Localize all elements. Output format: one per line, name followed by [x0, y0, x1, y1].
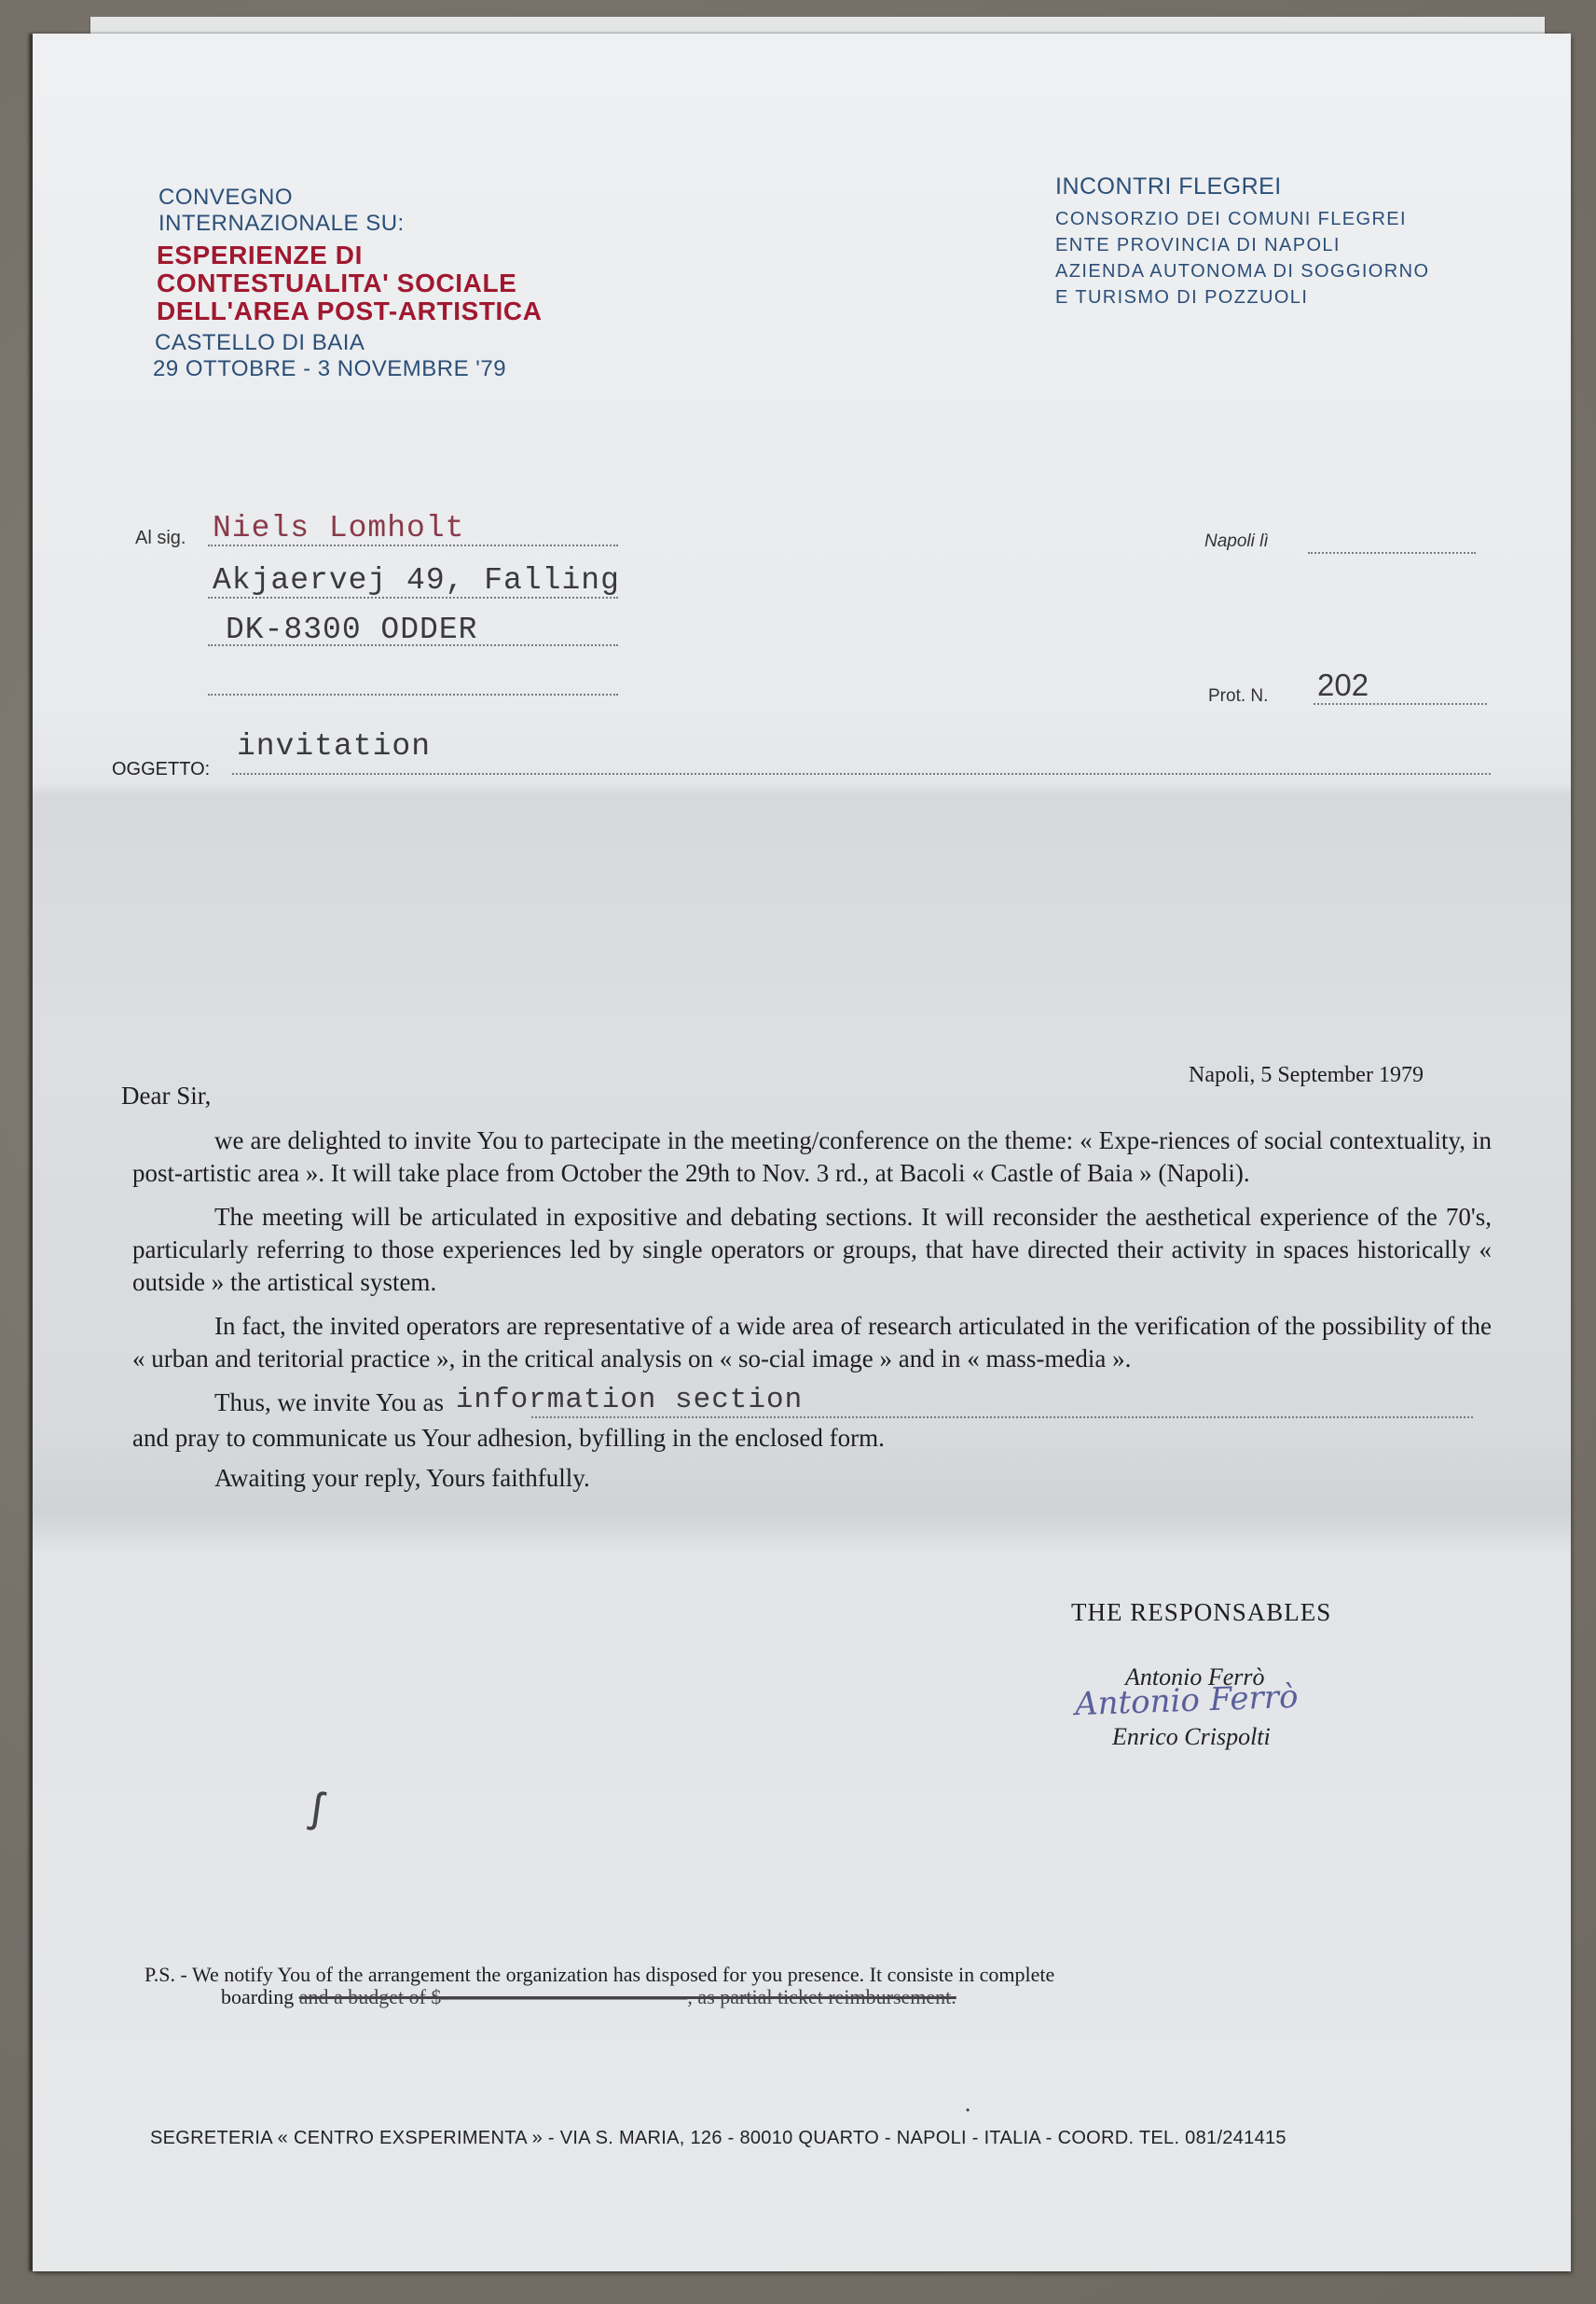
invite-prefix: Thus, we invite You as: [214, 1388, 444, 1416]
place-date-rule: [1308, 552, 1476, 554]
postscript-line-2: boarding: [221, 1985, 294, 2008]
conference-title-1: ESPERIENZE DI: [157, 242, 543, 269]
letterhead-label-2: INTERNAZIONALE SU:: [158, 213, 543, 235]
conference-title-3: DELL'AREA POST-ARTISTICA: [157, 298, 543, 324]
salutation: Dear Sir,: [121, 1080, 211, 1112]
handwritten-signature: Antonio Ferrò: [1074, 1678, 1299, 1723]
conference-title-2: CONTESTUALITA' SOCIALE: [157, 270, 543, 297]
address-line-3-rule: [208, 694, 618, 696]
protocol-number: 202: [1317, 668, 1369, 703]
postscript-struck-text: and a budget of $————————————, as partia…: [299, 1985, 956, 2008]
signatories-heading: THE RESPONSABLES: [1071, 1596, 1331, 1629]
place-date-label: Napoli lì: [1204, 531, 1269, 552]
invite-role: information section: [456, 1384, 803, 1416]
invite-line: Thus, we invite You as information secti…: [132, 1387, 1492, 1420]
postscript-line-1: We notify You of the arrangement the org…: [192, 1963, 1054, 1986]
paragraph-1: we are delighted to invite You to partec…: [132, 1124, 1492, 1190]
protocol-label: Prot. N.: [1208, 686, 1268, 707]
subject-value: invitation: [237, 729, 431, 764]
organizer-name: INCONTRI FLEGREI: [1055, 175, 1429, 199]
letter-sheet: CONVEGNO INTERNAZIONALE SU: ESPERIENZE D…: [33, 34, 1571, 2271]
paragraph-3: In fact, the invited operators are repre…: [132, 1310, 1492, 1375]
subject-rule: [232, 773, 1491, 775]
recipient-name-line: [208, 545, 618, 546]
footer-address: SEGRETERIA « CENTRO EXSPERIMENTA » - VIA…: [150, 2128, 1286, 2149]
address-line-2: DK-8300 ODDER: [226, 613, 477, 647]
address-line-2-rule: [208, 644, 618, 646]
protocol-rule: [1314, 703, 1487, 705]
signatory-2: Enrico Crispolti: [1112, 1723, 1271, 1751]
organizer-line-1: CONSORZIO DEI COMUNI FLEGREI: [1055, 210, 1429, 228]
organizer-letterhead: INCONTRI FLEGREI CONSORZIO DEI COMUNI FL…: [1055, 175, 1429, 307]
dot-mark: •: [966, 2104, 970, 2117]
address-line-1-rule: [208, 597, 618, 599]
paragraph-2: The meeting will be articulated in expos…: [132, 1201, 1492, 1299]
address-line-1: Akjaervej 49, Falling: [213, 563, 620, 598]
organizer-line-2: ENTE PROVINCIA DI NAPOLI: [1055, 236, 1429, 255]
pen-mark: ʃ: [309, 1782, 325, 1833]
organizer-line-4: E TURISMO DI POZZUOLI: [1055, 288, 1429, 307]
invite-role-rule: [531, 1416, 1473, 1418]
conference-venue: CASTELLO DI BAIA: [155, 332, 543, 354]
letter-body: we are delighted to invite You to partec…: [132, 1124, 1492, 1495]
closing: Awaiting your reply, Yours faithfully.: [132, 1462, 1492, 1495]
recipient-name: Niels Lomholt: [213, 511, 464, 545]
conference-letterhead: CONVEGNO INTERNAZIONALE SU: ESPERIENZE D…: [158, 186, 543, 380]
conference-dates: 29 OTTOBRE - 3 NOVEMBRE '79: [153, 358, 543, 380]
letterhead-label-1: CONVEGNO: [158, 186, 543, 209]
organizer-line-3: AZIENDA AUTONOMA DI SOGGIORNO: [1055, 262, 1429, 281]
postscript-label: P.S. -: [144, 1963, 187, 1986]
postscript: P.S. - We notify You of the arrangement …: [144, 1964, 1468, 2008]
subject-label: OGGETTO:: [112, 759, 210, 780]
letter-date: Napoli, 5 September 1979: [1189, 1059, 1424, 1092]
invite-continuation: and pray to communicate us Your adhesion…: [132, 1422, 1492, 1455]
recipient-label: Al sig.: [135, 528, 186, 549]
